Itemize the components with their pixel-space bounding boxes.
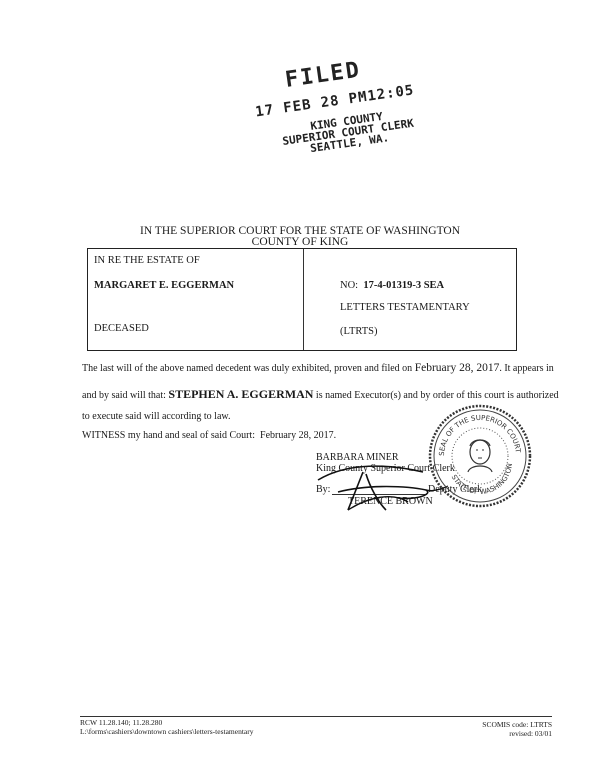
stamp-title: FILED — [284, 58, 363, 93]
filing-date: February 28, 2017 — [415, 362, 500, 374]
body-text: . It appears in — [499, 363, 553, 374]
body-paragraph-line-1: The last will of the above named deceden… — [82, 362, 554, 374]
footer-rule — [80, 716, 552, 717]
body-paragraph-line-2: and by said will that: STEPHEN A. EGGERM… — [82, 387, 559, 402]
statute-reference: RCW 11.28.140; 11.28.280 — [80, 718, 162, 727]
document-code: (LTRTS) — [340, 326, 377, 337]
body-text: and by said will that: — [82, 390, 166, 401]
revised-date: revised: 03/01 — [452, 729, 552, 738]
case-caption-box: IN RE THE ESTATE OF MARGARET E. EGGERMAN… — [87, 248, 517, 351]
document-title: LETTERS TESTAMENTARY — [340, 302, 470, 313]
case-number-value: 17-4-01319-3 SEA — [363, 280, 444, 291]
svg-text:STATE OF WASHINGTON: STATE OF WASHINGTON — [450, 463, 514, 496]
witness-line: WITNESS my hand and seal of said Court: … — [82, 430, 336, 441]
body-text: is named Executor(s) and by order of thi… — [316, 390, 559, 401]
case-number-label: NO: — [340, 280, 358, 291]
in-re-label: IN RE THE ESTATE OF — [94, 255, 200, 266]
witness-text: WITNESS my hand and seal of said Court: — [82, 430, 255, 441]
witness-date: February 28, 2017. — [260, 430, 336, 441]
body-paragraph-line-3: to execute said will according to law. — [82, 411, 230, 422]
executor-name: STEPHEN A. EGGERMAN — [168, 387, 313, 401]
form-file-path: L:\forms\cashiers\downtown cashiers\lett… — [80, 727, 254, 736]
deceased-label: DECEASED — [94, 323, 149, 334]
caption-divider — [303, 249, 304, 350]
scomis-code: SCOMIS code: LTRTS — [452, 720, 552, 729]
court-seal-icon: SEAL OF THE SUPERIOR COURT OF KING COUNT… — [426, 402, 534, 510]
decedent-name: MARGARET E. EGGERMAN — [94, 280, 234, 291]
case-number: NO: 17-4-01319-3 SEA — [340, 280, 444, 291]
filed-stamp: FILED 17 FEB 28 PM12:05 KING COUNTY SUPE… — [244, 47, 446, 172]
body-text: The last will of the above named deceden… — [82, 363, 412, 374]
